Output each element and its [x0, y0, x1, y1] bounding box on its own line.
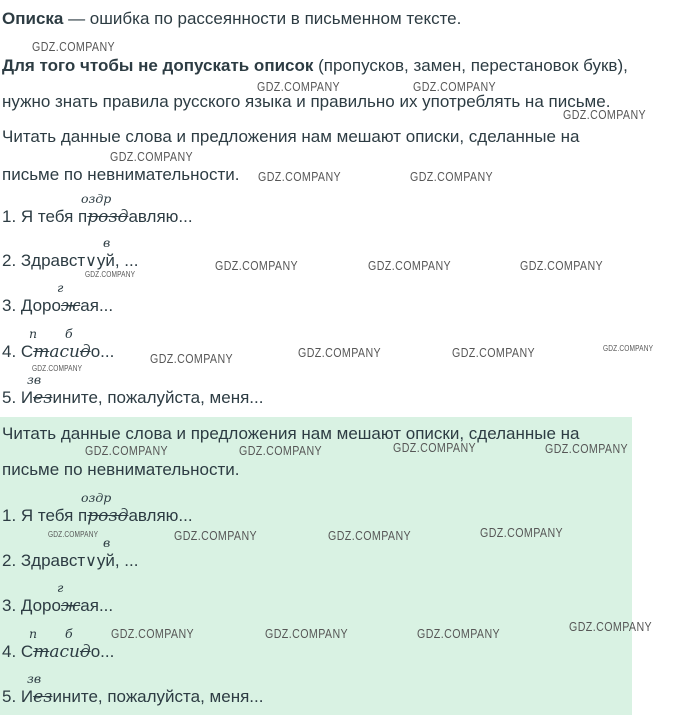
answer-item-5: зв5. Иезините, пожалуйста, меня...	[2, 688, 263, 706]
watermark: GDZ.COMPANY	[257, 80, 340, 93]
watermark: GDZ.COMPANY	[563, 108, 646, 121]
watermark: GDZ.COMPANY	[328, 529, 411, 542]
item-text: 2. Здравст	[2, 551, 85, 570]
watermark: GDZ.COMPANY	[417, 627, 500, 640]
item-text: авляю...	[128, 207, 192, 226]
rule-rest-text: (пропусков, замен, перестановок букв),	[313, 56, 627, 75]
item-text: уй, ...	[97, 251, 139, 270]
watermark: GDZ.COMPANY	[174, 529, 257, 542]
item-text: 2. Здравст	[2, 251, 85, 270]
correction-note: г	[57, 582, 63, 594]
watermark: GDZ.COMPANY	[569, 620, 652, 633]
item-text: 1. Я тебя п	[2, 506, 87, 525]
list-item-1: оздр1. Я тебя проздавляю...	[2, 208, 193, 226]
rule-line-2: нужно знать правила русского языка и пра…	[2, 93, 610, 111]
item-text: 5. И	[2, 687, 33, 706]
item-text: ая...	[80, 596, 113, 615]
watermark: GDZ.COMPANY	[368, 259, 451, 272]
watermark: GDZ.COMPANY	[258, 170, 341, 183]
correction-note: в	[103, 537, 110, 549]
watermark: GDZ.COMPANY	[48, 531, 98, 539]
watermark: GDZ.COMPANY	[111, 627, 194, 640]
item-text: авляю...	[128, 506, 192, 525]
struck-letters: ж	[61, 596, 80, 616]
definition-line: Описка — ошибка по рассеянности в письме…	[2, 10, 461, 28]
definition-term: Описка	[2, 9, 63, 28]
watermark: GDZ.COMPANY	[413, 80, 496, 93]
correction-note: оздр	[81, 492, 111, 504]
watermark: GDZ.COMPANY	[410, 170, 493, 183]
watermark: GDZ.COMPANY	[32, 40, 115, 53]
item-text: 3. Доро	[2, 596, 61, 615]
item-text: ая...	[80, 296, 113, 315]
struck-letters: ез	[33, 388, 52, 408]
item-text: аси	[49, 642, 80, 662]
answer-item-3: г3. Дорожая...	[2, 597, 113, 615]
answer-item-2: в2. Здравст∨уй, ...	[2, 552, 138, 570]
watermark: GDZ.COMPANY	[393, 441, 476, 454]
definition-rest: — ошибка по рассеянности в письменном те…	[63, 9, 461, 28]
item-text: 4. С	[2, 642, 33, 661]
answer-task-line-1: Читать данные слова и предложения нам ме…	[2, 425, 580, 443]
watermark: GDZ.COMPANY	[298, 346, 381, 359]
struck-letters: розд	[87, 506, 128, 526]
struck-letters: ж	[61, 296, 80, 316]
correction-note: оздр	[81, 193, 111, 205]
insertion-caret: ∨	[85, 551, 97, 570]
struck-letters: ез	[33, 687, 52, 707]
task-line-2: письме по невнимательности.	[2, 166, 239, 184]
watermark: GDZ.COMPANY	[452, 346, 535, 359]
watermark: GDZ.COMPANY	[265, 627, 348, 640]
item-text: 1. Я тебя п	[2, 207, 87, 226]
correction-note: п	[29, 328, 37, 340]
struck-letters: д	[80, 342, 91, 362]
answer-item-1: оздр1. Я тебя проздавляю...	[2, 507, 193, 525]
document-page: Описка — ошибка по рассеянности в письме…	[0, 0, 680, 715]
insertion-caret: ∨	[85, 251, 97, 270]
correction-note: зв	[27, 673, 41, 685]
item-text: 4. С	[2, 342, 33, 361]
item-text: уй, ...	[97, 551, 139, 570]
answer-task-line-2: письме по невнимательности.	[2, 461, 239, 479]
watermark: GDZ.COMPANY	[110, 150, 193, 163]
item-text: 5. И	[2, 388, 33, 407]
item-text: аси	[49, 342, 80, 362]
list-item-4: пб4. Стасидо...	[2, 343, 114, 361]
watermark: GDZ.COMPANY	[239, 444, 322, 457]
item-text: ините, пожалуйста, меня...	[52, 687, 263, 706]
struck-letters: т	[33, 642, 49, 662]
list-item-3: г3. Дорожая...	[2, 297, 113, 315]
struck-letters: розд	[87, 207, 128, 227]
watermark: GDZ.COMPANY	[480, 526, 563, 539]
struck-letters: т	[33, 342, 49, 362]
list-item-5: зв5. Иезините, пожалуйста, меня...	[2, 389, 263, 407]
rule-bold-text: Для того чтобы не допускать описок	[2, 56, 313, 75]
watermark: GDZ.COMPANY	[150, 352, 233, 365]
watermark: GDZ.COMPANY	[520, 259, 603, 272]
item-text: о...	[91, 642, 115, 661]
watermark: GDZ.COMPANY	[32, 365, 82, 373]
watermark: GDZ.COMPANY	[545, 442, 628, 455]
item-text: ините, пожалуйста, меня...	[52, 388, 263, 407]
item-text: 3. Доро	[2, 296, 61, 315]
correction-note: б	[65, 628, 73, 640]
correction-note: п	[29, 628, 37, 640]
watermark: GDZ.COMPANY	[85, 271, 135, 279]
correction-note: б	[65, 328, 73, 340]
struck-letters: д	[80, 642, 91, 662]
correction-note: г	[57, 282, 63, 294]
correction-note: в	[103, 237, 110, 249]
watermark: GDZ.COMPANY	[215, 259, 298, 272]
watermark: GDZ.COMPANY	[85, 444, 168, 457]
answer-item-4: пб4. Стасидо...	[2, 643, 114, 661]
list-item-2: в2. Здравст∨уй, ...	[2, 252, 138, 270]
watermark: GDZ.COMPANY	[603, 345, 653, 353]
item-text: о...	[91, 342, 115, 361]
correction-note: зв	[27, 374, 41, 386]
task-line-1: Читать данные слова и предложения нам ме…	[2, 128, 580, 146]
rule-line-1: Для того чтобы не допускать описок (проп…	[2, 57, 628, 75]
